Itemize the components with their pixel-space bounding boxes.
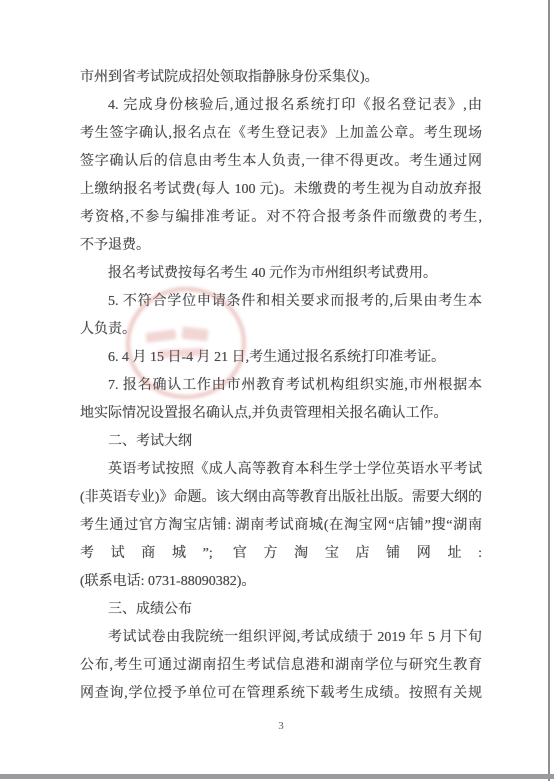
document-line: 网查询,学位授予单位可在管理系统下载考生成绩。按照有关规 xyxy=(80,680,482,708)
document-line: 考资格,不参与编排准考证。对不符合报考条件而缴费的考生, xyxy=(80,204,482,232)
document-line: 英语考试按照《成人高等教育本科生学士学位英语水平考试大纲 xyxy=(80,456,482,484)
document-line: 人负责。 xyxy=(80,316,482,344)
document-line: 公布,考生可通过湖南招生考试信息港和湖南学位与研究生教育 xyxy=(80,652,482,680)
document-line: 三、成绩公布 xyxy=(80,596,482,624)
document-line: 7. 报名确认工作由市州教育考试机构组织实施,市州根据本 xyxy=(80,372,482,400)
document-line: 地实际情况设置报名确认点,并负责管理相关报名确认工作。 xyxy=(80,400,482,428)
document-line: 上缴纳报名考试费(每人 100 元)。未缴费的考生视为自动放弃报 xyxy=(80,176,482,204)
scan-edge-bottom xyxy=(0,774,554,779)
document-line: (联系电话: 0731-88090382)。 xyxy=(80,568,482,596)
scan-edge-right xyxy=(548,0,550,781)
document-line: 考生签字确认,报名点在《考生登记表》上加盖公章。考生现场 xyxy=(80,120,482,148)
document-line: 5. 不符合学位申请条件和相关要求而报考的,后果由考生本 xyxy=(80,288,482,316)
page-number: 3 xyxy=(80,720,482,732)
document-line: 二、考试大纲 xyxy=(80,428,482,456)
document-line: 4. 完成身份核验后,通过报名系统打印《报名登记表》,由 xyxy=(80,92,482,120)
document-line: 考生通过官方淘宝店铺: 湖南考试商城(在淘宝网“店铺”搜“湖南 xyxy=(80,512,482,540)
scanned-document-page: 市州到省考试院成招处领取指静脉身份采集仪)。4. 完成身份核验后,通过报名系统打… xyxy=(0,0,554,781)
document-line: 考试商城”; 官方淘宝店铺网址: https://shop198865480.t… xyxy=(80,540,482,568)
document-line: 考试试卷由我院统一组织评阅,考试成绩于 2019 年 5 月下旬 xyxy=(80,624,482,652)
document-line: 报名考试费按每名考生 40 元作为市州组织考试费用。 xyxy=(80,260,482,288)
document-lines: 市州到省考试院成招处领取指静脉身份采集仪)。4. 完成身份核验后,通过报名系统打… xyxy=(80,64,482,708)
document-line: 市州到省考试院成招处领取指静脉身份采集仪)。 xyxy=(80,64,482,92)
document-line: 签字确认后的信息由考生本人负责,一律不得更改。考生通过网 xyxy=(80,148,482,176)
document-line: 6. 4 月 15 日-4 月 21 日,考生通过报名系统打印准考证。 xyxy=(80,344,482,372)
document-line: (非英语专业)》命题。该大纲由高等教育出版社出版。需要大纲的 xyxy=(80,484,482,512)
document-line: 不予退费。 xyxy=(80,232,482,260)
